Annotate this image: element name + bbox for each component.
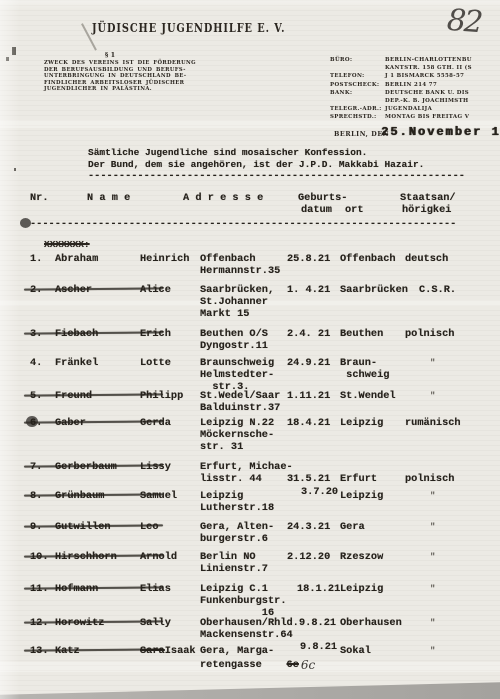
birth-place-line: Sokal bbox=[340, 645, 371, 657]
birth-place: Leipzig bbox=[340, 583, 383, 595]
address-line: Leipzig N.22 bbox=[200, 417, 274, 429]
row-number: 10. bbox=[30, 551, 49, 563]
row-number: 1. bbox=[30, 253, 42, 265]
address: Leipzig N.22Möckernsche-str. 31 bbox=[200, 417, 274, 453]
surname: Fiebach bbox=[55, 328, 98, 340]
birth-place-line: Offenbach bbox=[340, 253, 396, 265]
ditto-mark: " bbox=[430, 490, 435, 502]
birth-date: 24.9.21 bbox=[287, 357, 330, 369]
address-line: Mackensenstr.64 bbox=[200, 629, 299, 641]
first-name: Gerda bbox=[140, 417, 171, 429]
birth-place: Oberhausen bbox=[340, 617, 402, 629]
birth-place: Leipzig bbox=[340, 417, 383, 429]
address: Gera, Marga-retengasse 6e6c bbox=[200, 645, 313, 671]
address: Berlin NOLinienstr.7 bbox=[200, 551, 268, 575]
address-line: Markt 15 bbox=[200, 308, 274, 320]
birth-place: Leipzig bbox=[340, 490, 383, 502]
birth-date: 2.4. 21 bbox=[287, 328, 330, 340]
row-number: 2. bbox=[30, 284, 42, 296]
row-number: 3. bbox=[30, 328, 42, 340]
birth-place-line: St.Wendel bbox=[340, 390, 396, 402]
birth-place: Beuthen bbox=[340, 328, 383, 340]
surname: Gutwillen bbox=[55, 521, 111, 533]
ditto-mark: " bbox=[430, 521, 435, 533]
address-line: Helmstedter- bbox=[200, 369, 274, 381]
address-line: Hermannstr.35 bbox=[200, 265, 280, 277]
ditto-mark: " bbox=[430, 551, 435, 563]
struck-house-number: 6e bbox=[287, 659, 299, 671]
address-line: str. 31 bbox=[200, 441, 274, 453]
row-number: 12. bbox=[30, 617, 49, 629]
first-name: Philipp bbox=[140, 390, 183, 402]
birth-place-line: Leipzig bbox=[340, 490, 383, 502]
address: OffenbachHermannstr.35 bbox=[200, 253, 280, 277]
birth-date: 31.5.21 bbox=[287, 473, 330, 485]
address-line: Offenbach bbox=[200, 253, 280, 265]
birth-date: 1.11.21 bbox=[287, 390, 330, 402]
nationality: polnisch bbox=[405, 473, 454, 485]
ditto-mark: " bbox=[430, 357, 435, 369]
nationality: C.S.R. bbox=[419, 284, 456, 296]
birth-date: 1. 4.21 bbox=[287, 284, 330, 296]
birth-place: Braun- schweig bbox=[340, 357, 389, 381]
birth-place: St.Wendel bbox=[340, 390, 396, 402]
surname: Ascher bbox=[55, 284, 92, 296]
birth-date: 18.1.21 bbox=[297, 583, 340, 595]
address-line: Beuthen O/S bbox=[200, 328, 268, 340]
birth-place: Gera bbox=[340, 521, 365, 533]
birth-date: 2.12.20 bbox=[287, 551, 330, 563]
surname: Grünbaum bbox=[55, 490, 104, 502]
surname: Fränkel bbox=[55, 357, 98, 369]
address-line: Lutherstr.18 bbox=[200, 502, 274, 514]
birth-place-line: Leipzig bbox=[340, 583, 383, 595]
surname: Freund bbox=[55, 390, 92, 402]
row-number: 11. bbox=[30, 583, 49, 595]
first-name: SaraIsaak bbox=[140, 645, 196, 657]
nationality: deutsch bbox=[405, 253, 448, 265]
nationality: rumänisch bbox=[405, 417, 461, 429]
document-scan: 82 JÜDISCHE JUGENDHILFE E. V. § 1 ZWECK … bbox=[0, 0, 500, 699]
address-line: retengasse 6e6c bbox=[200, 657, 313, 671]
address: Saarbrücken,St.JohannerMarkt 15 bbox=[200, 284, 274, 320]
table-rows: 1.AbrahamHeinrichOffenbachHermannstr.352… bbox=[0, 0, 500, 699]
birth-place: Offenbach bbox=[340, 253, 396, 265]
address-line: Balduinstr.37 bbox=[200, 402, 280, 414]
birth-place-line: Oberhausen bbox=[340, 617, 402, 629]
first-name: Erich bbox=[140, 328, 171, 340]
birth-place-line: Beuthen bbox=[340, 328, 383, 340]
ditto-mark: " bbox=[430, 645, 435, 657]
row-number: 13. bbox=[30, 645, 49, 657]
struck-first-name: Sara bbox=[140, 645, 165, 657]
birth-place: Rzeszow bbox=[340, 551, 383, 563]
surname: Abraham bbox=[55, 253, 98, 265]
address: Leipzig C.1Funkenburgstr. 16 bbox=[200, 583, 287, 619]
address-line: Braunschweig bbox=[200, 357, 274, 369]
birth-date: 18.4.21 bbox=[287, 417, 330, 429]
address-line: Berlin NO bbox=[200, 551, 268, 563]
nationality: polnisch bbox=[405, 328, 454, 340]
address-line: Möckernsche- bbox=[200, 429, 274, 441]
birth-place: Erfurt bbox=[340, 473, 377, 485]
address-line: Erfurt, Michae- bbox=[200, 461, 293, 473]
surname: Hofmann bbox=[55, 583, 98, 595]
address-line: burgerstr.6 bbox=[200, 533, 274, 545]
address-line: St.Wedel/Saar bbox=[200, 390, 280, 402]
first-name: Samuel bbox=[140, 490, 177, 502]
first-name: Arnold bbox=[140, 551, 177, 563]
first-name: Leo bbox=[140, 521, 159, 533]
first-name: Sally bbox=[140, 617, 171, 629]
address-line: St.Johanner bbox=[200, 296, 274, 308]
row-number: 7. bbox=[30, 461, 42, 473]
handwritten-correction: 6c bbox=[301, 658, 315, 672]
address-line: Funkenburgstr. bbox=[200, 595, 287, 607]
birth-date: 3.7.20 bbox=[301, 486, 338, 498]
birth-place-line: schweig bbox=[340, 369, 389, 381]
birth-place-line: Saarbrücken bbox=[340, 284, 408, 296]
address: Gera, Alten-burgerstr.6 bbox=[200, 521, 274, 545]
birth-date: 9.8.21 bbox=[299, 617, 336, 629]
ditto-mark: " bbox=[430, 390, 435, 402]
birth-date: 25.8.21 bbox=[287, 253, 330, 265]
row-number: 4. bbox=[30, 357, 42, 369]
first-name: Lotte bbox=[140, 357, 171, 369]
birth-place: Saarbrücken bbox=[340, 284, 408, 296]
address-line: Saarbrücken, bbox=[200, 284, 274, 296]
birth-place-line: Erfurt bbox=[340, 473, 377, 485]
ditto-mark: " bbox=[430, 583, 435, 595]
address-line: Dyngostr.11 bbox=[200, 340, 268, 352]
row-number: 5. bbox=[30, 390, 42, 402]
first-name: Elias bbox=[140, 583, 171, 595]
surname: Hirschhorn bbox=[55, 551, 117, 563]
address: Oberhausen/Rhld.Mackensenstr.64 bbox=[200, 617, 299, 641]
address: BraunschweigHelmstedter- str.3. bbox=[200, 357, 274, 393]
row-number: 6. bbox=[30, 417, 42, 429]
address: Beuthen O/SDyngostr.11 bbox=[200, 328, 268, 352]
birth-place-line: Rzeszow bbox=[340, 551, 383, 563]
birth-place-line: Gera bbox=[340, 521, 365, 533]
birth-place-line: Braun- bbox=[340, 357, 389, 369]
first-name: Alice bbox=[140, 284, 171, 296]
birth-date: 24.3.21 bbox=[287, 521, 330, 533]
surname: Gerberbaum bbox=[55, 461, 117, 473]
row-number: 8. bbox=[30, 490, 42, 502]
ditto-mark: " bbox=[430, 617, 435, 629]
address-line: Gera, Marga- bbox=[200, 645, 313, 657]
surname: Katz bbox=[55, 645, 80, 657]
first-name: Heinrich bbox=[140, 253, 189, 265]
birth-place: Sokal bbox=[340, 645, 371, 657]
birth-date: 9.8.21 bbox=[300, 641, 337, 653]
surname: Horowitz bbox=[55, 617, 104, 629]
address-line: Leipzig bbox=[200, 490, 274, 502]
first-name: Lissy bbox=[140, 461, 171, 473]
address: Erfurt, Michae-lisstr. 44 bbox=[200, 461, 293, 485]
address-line: Oberhausen/Rhld. bbox=[200, 617, 299, 629]
address: St.Wedel/SaarBalduinstr.37 bbox=[200, 390, 280, 414]
address: LeipzigLutherstr.18 bbox=[200, 490, 274, 514]
address-line: Leipzig C.1 bbox=[200, 583, 287, 595]
address-line: Gera, Alten- bbox=[200, 521, 274, 533]
address-line: Linienstr.7 bbox=[200, 563, 268, 575]
surname: Gaber bbox=[55, 417, 86, 429]
birth-place-line: Leipzig bbox=[340, 417, 383, 429]
address-line: lisstr. 44 bbox=[200, 473, 293, 485]
row-number: 9. bbox=[30, 521, 42, 533]
